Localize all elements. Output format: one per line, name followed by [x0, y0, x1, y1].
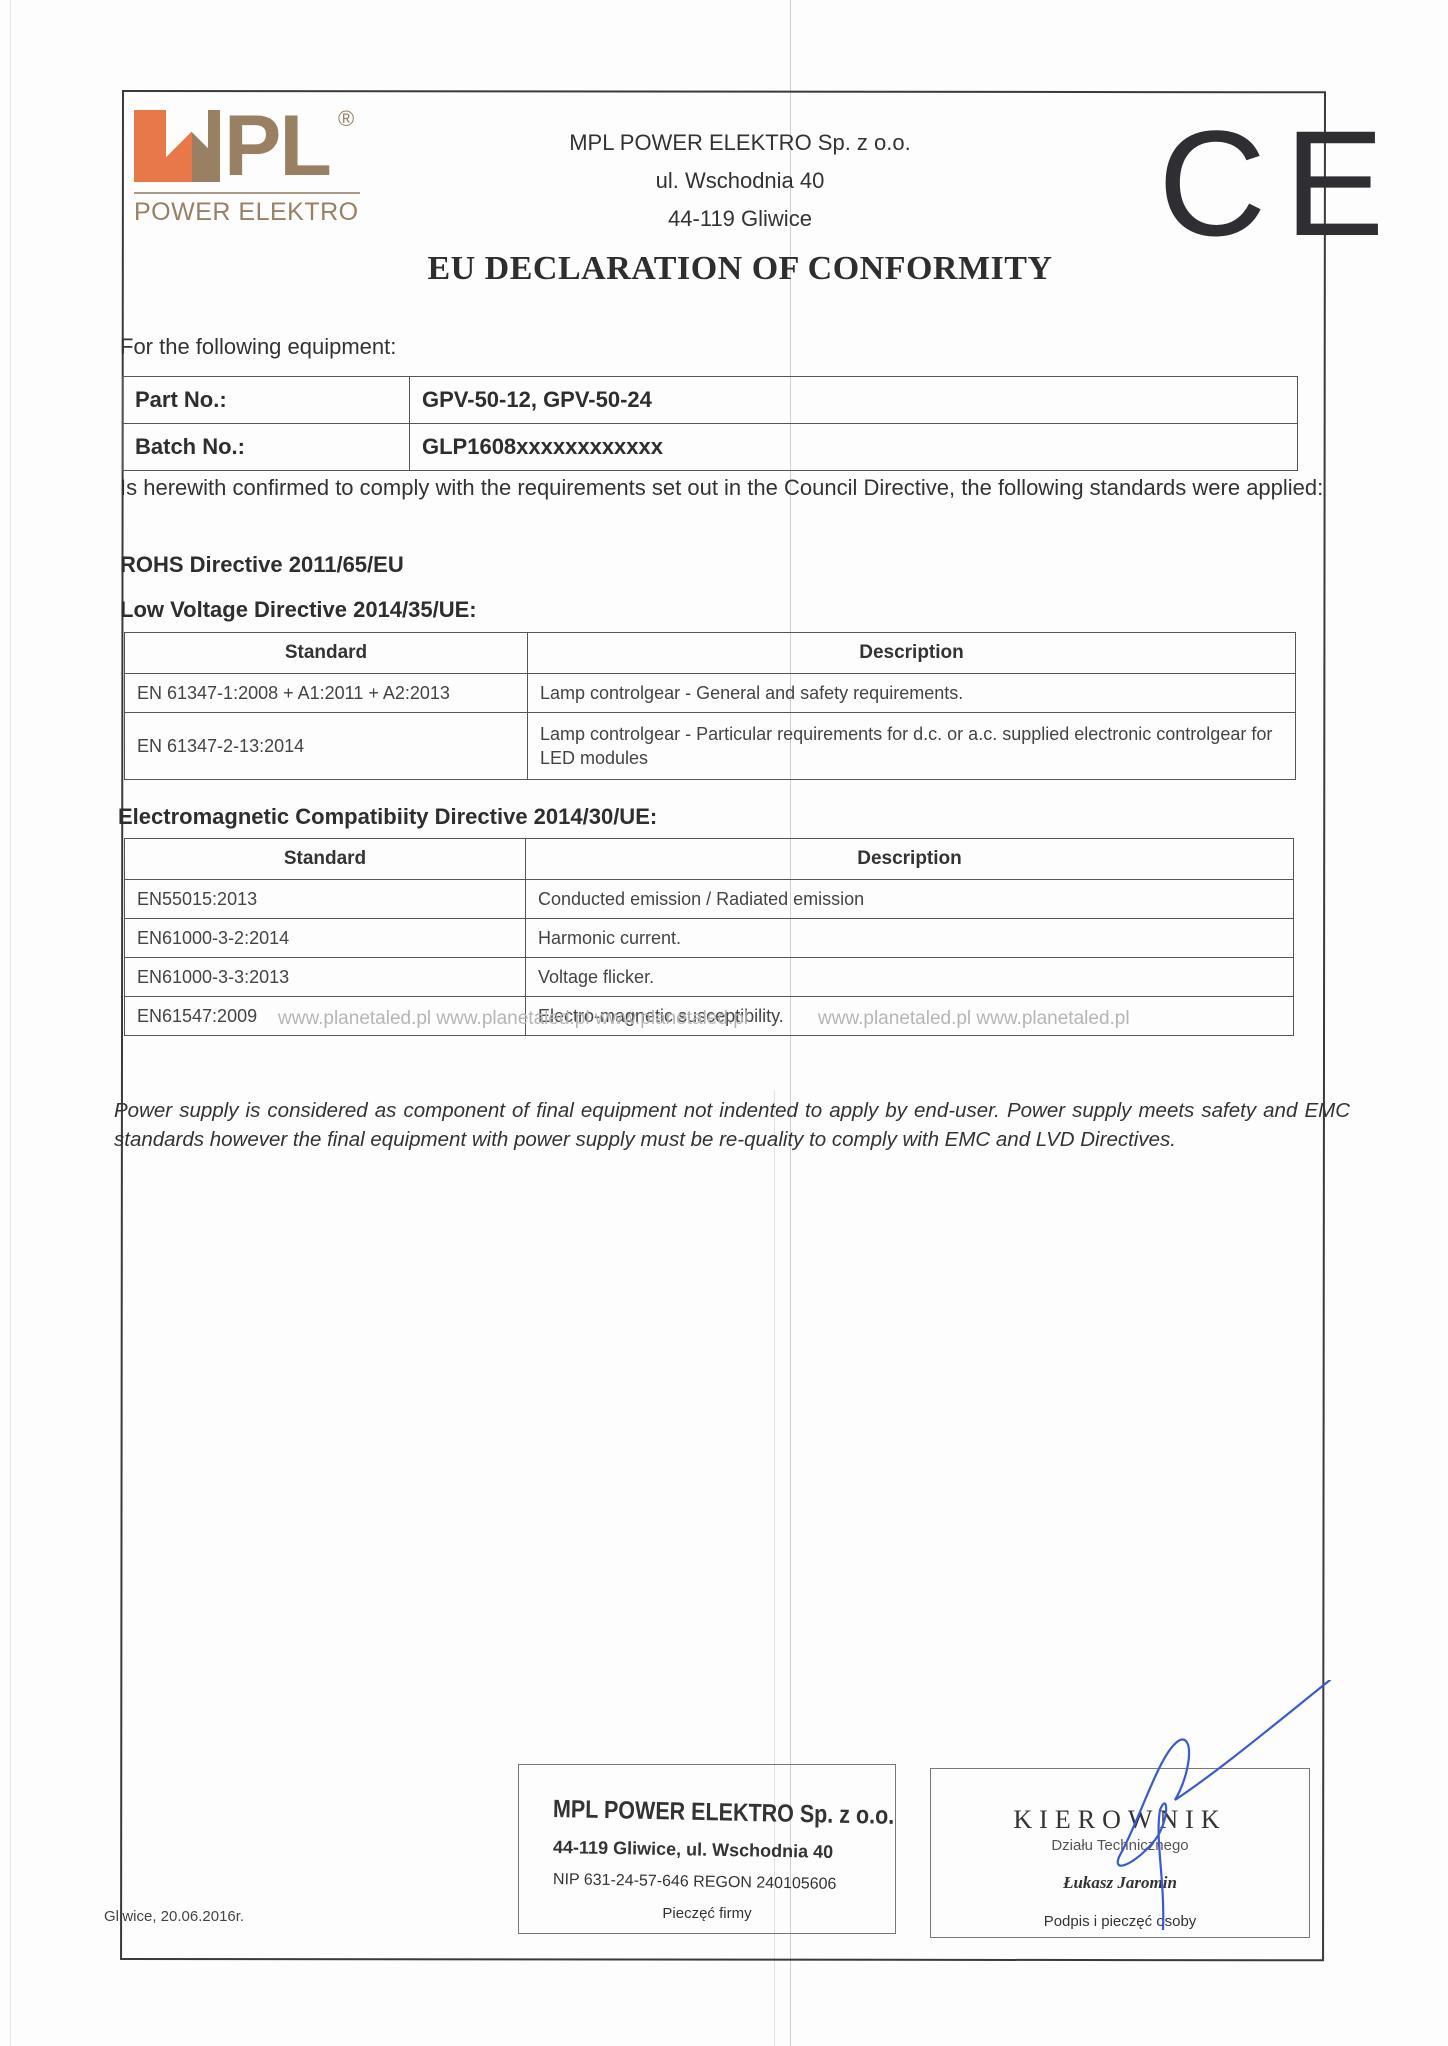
- table-header-row: Standard Description: [125, 839, 1294, 880]
- document-title: EU DECLARATION OF CONFORMITY: [300, 250, 1180, 288]
- stamp-label: Podpis i pieczęć osoby: [931, 1913, 1309, 1930]
- description-cell: Harmonic current.: [526, 919, 1294, 958]
- stamp-department: Działu Technicznego: [931, 1837, 1309, 1854]
- table-row: EN 61347-1:2008 + A1:2011 + A2:2013 Lamp…: [125, 674, 1296, 713]
- column-header-standard: Standard: [125, 839, 526, 880]
- ce-mark-icon: CE: [1158, 118, 1402, 248]
- standard-cell: EN61000-3-3:2013: [125, 958, 526, 997]
- disclaimer-note: Power supply is considered as component …: [114, 1096, 1350, 1154]
- company-street: ul. Wschodnia 40: [520, 162, 960, 200]
- batch-no-label: Batch No.:: [123, 424, 410, 471]
- table-row: Batch No.: GLP1608xxxxxxxxxxxx: [123, 424, 1298, 471]
- registered-icon: ®: [338, 106, 354, 132]
- stamp-company-name: MPL POWER ELEKTRO Sp. z o.o.: [553, 1795, 895, 1831]
- company-address-block: MPL POWER ELEKTRO Sp. z o.o. ul. Wschodn…: [520, 124, 960, 238]
- emc-heading: Electromagnetic Compatibiity Directive 2…: [118, 804, 657, 830]
- logo-divider: [134, 192, 360, 194]
- column-header-description: Description: [526, 839, 1294, 880]
- description-cell: Lamp controlgear - General and safety re…: [528, 674, 1296, 713]
- stamp-company-address: 44-119 Gliwice, ul. Wschodnia 40: [553, 1837, 833, 1863]
- confirmation-text: Is herewith confirmed to comply with the…: [120, 472, 1340, 503]
- description-cell: Voltage flicker.: [526, 958, 1294, 997]
- signature-stamp: KIEROWNIK Działu Technicznego Łukasz Jar…: [930, 1768, 1310, 1938]
- standard-cell: EN55015:2013: [125, 880, 526, 919]
- stamp-title: KIEROWNIK: [931, 1805, 1309, 1835]
- description-cell: Conducted emission / Radiated emission: [526, 880, 1294, 919]
- logo-subtitle: POWER ELEKTRO: [134, 198, 359, 227]
- lvd-heading: Low Voltage Directive 2014/35/UE:: [120, 597, 477, 623]
- watermark-text: www.planetaled.pl www.planetaled.pl: [818, 1008, 1130, 1030]
- table-row: Part No.: GPV-50-12, GPV-50-24: [123, 377, 1298, 424]
- stamp-person-name: Łukasz Jaromin: [931, 1873, 1309, 1893]
- part-no-value: GPV-50-12, GPV-50-24: [410, 377, 1298, 424]
- rohs-directive: ROHS Directive 2011/65/EU: [120, 552, 404, 578]
- table-row: EN61000-3-3:2013 Voltage flicker.: [125, 958, 1294, 997]
- standard-cell: EN 61347-2-13:2014: [125, 713, 528, 780]
- description-cell: Lamp controlgear - Particular requiremen…: [528, 713, 1296, 780]
- table-row: EN61000-3-2:2014 Harmonic current.: [125, 919, 1294, 958]
- table-header-row: Standard Description: [125, 633, 1296, 674]
- lvd-table: Standard Description EN 61347-1:2008 + A…: [124, 632, 1296, 780]
- company-city: 44-119 Gliwice: [520, 200, 960, 238]
- batch-no-value: GLP1608xxxxxxxxxxxx: [410, 424, 1298, 471]
- watermark-text: www.planetaled.pl www.planetaled.pl www.…: [278, 1008, 748, 1030]
- column-header-description: Description: [528, 633, 1296, 674]
- mpl-logo: PL ® POWER ELEKTRO: [134, 110, 364, 235]
- part-no-label: Part No.:: [123, 377, 410, 424]
- place-and-date: Gliwice, 20.06.2016r.: [104, 1908, 244, 1925]
- scan-line: [10, 0, 11, 2046]
- table-row: EN55015:2013 Conducted emission / Radiat…: [125, 880, 1294, 919]
- standard-cell: EN 61347-1:2008 + A1:2011 + A2:2013: [125, 674, 528, 713]
- equipment-table: Part No.: GPV-50-12, GPV-50-24 Batch No.…: [122, 376, 1298, 471]
- column-header-standard: Standard: [125, 633, 528, 674]
- company-stamp: MPL POWER ELEKTRO Sp. z o.o. 44-119 Gliw…: [518, 1764, 896, 1934]
- company-name: MPL POWER ELEKTRO Sp. z o.o.: [520, 124, 960, 162]
- emc-table: Standard Description EN55015:2013 Conduc…: [124, 838, 1294, 1036]
- equipment-intro: For the following equipment:: [120, 334, 396, 360]
- logo-mark-icon: PL: [134, 110, 330, 182]
- table-row: EN 61347-2-13:2014 Lamp controlgear - Pa…: [125, 713, 1296, 780]
- standard-cell: EN61000-3-2:2014: [125, 919, 526, 958]
- stamp-label: Pieczęć firmy: [519, 1905, 895, 1922]
- stamp-company-ids: NIP 631-24-57-646 REGON 240105606: [553, 1871, 837, 1894]
